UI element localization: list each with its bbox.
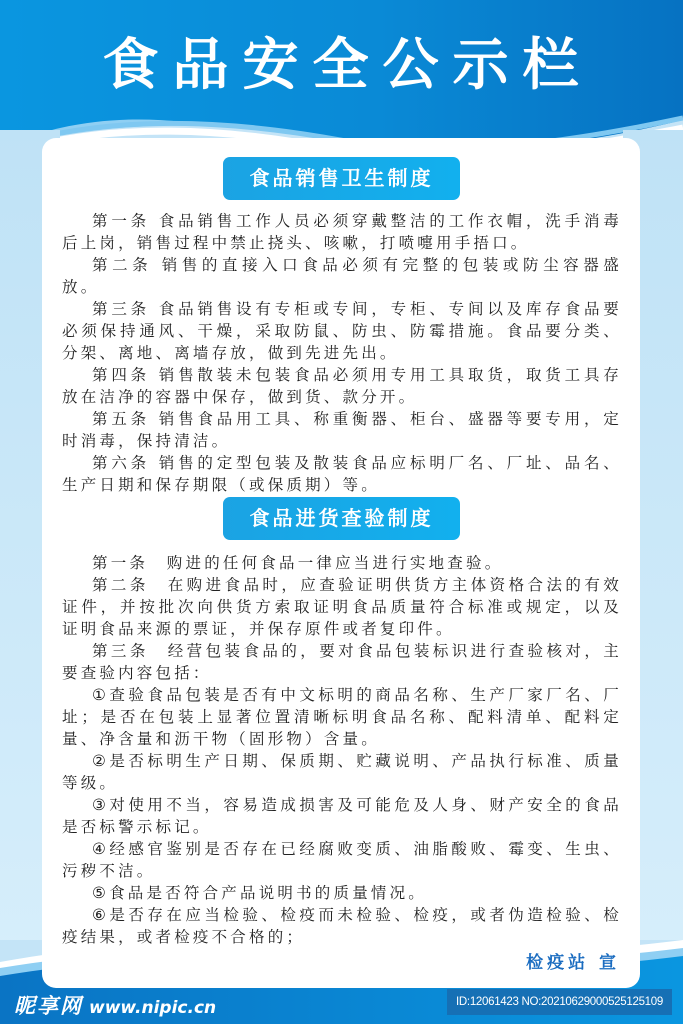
article-paragraph: ④经感官鉴别是否存在已经腐败变质、油脂酸败、霉变、生虫、污秽不洁。: [62, 838, 622, 882]
article-paragraph: 第二条 在购进食品时，应查验证明供货方主体资格合法的有效证件，并按批次向供货方索…: [62, 574, 622, 640]
article-paragraph: ⑥是否存在应当检验、检疫而未检验、检疫，或者伪造检验、检疫结果，或者检疫不合格的…: [62, 904, 622, 948]
signature: 检疫站 宣: [526, 948, 620, 973]
article-paragraph: 第一条 购进的任何食品一律应当进行实地查验。: [62, 552, 622, 574]
article-paragraph: ②是否标明生产日期、保质期、贮藏说明、产品执行标准、质量等级。: [62, 750, 622, 794]
article-paragraph: 第五条 销售食品用工具、称重衡器、柜台、盛器等要专用，定时消毒，保持清洁。: [62, 408, 622, 452]
page-title: 食品安全公示栏: [0, 30, 683, 102]
watermark-brand: 昵享网: [14, 994, 83, 1018]
watermark-url: www.nipic.cn: [89, 998, 216, 1018]
article-paragraph: 第六条 销售的定型包装及散装食品应标明厂名、厂址、品名、生产日期和保存期限（或保…: [62, 452, 622, 496]
article-paragraph: ⑤食品是否符合产品说明书的质量情况。: [62, 882, 622, 904]
purchase-inspection-section: 第一条 购进的任何食品一律应当进行实地查验。 第二条 在购进食品时，应查验证明供…: [62, 552, 622, 948]
article-paragraph: 第三条 食品销售设有专柜或专间，专柜、专间以及库存食品要必须保持通风、干燥，采取…: [62, 298, 622, 364]
article-paragraph: 第三条 经营包装食品的，要对食品包装标识进行查验核对，主要查验内容包括：: [62, 640, 622, 684]
watermark-logo: 昵享网www.nipic.cn: [14, 990, 216, 1020]
content-card: 食品销售卫生制度 第一条 食品销售工作人员必须穿戴整洁的工作衣帽，洗手消毒后上岗…: [42, 138, 640, 988]
section-heading-purchase-inspection: 食品进货查验制度: [223, 497, 460, 540]
top-banner: 食品安全公示栏: [0, 0, 683, 160]
article-paragraph: 第四条 销售散装未包装食品必须用专用工具取货，取货工具存放在洁净的容器中保存，做…: [62, 364, 622, 408]
article-paragraph: ③对使用不当，容易造成损害及可能危及人身、财产安全的食品是否标警示标记。: [62, 794, 622, 838]
sales-hygiene-section: 第一条 食品销售工作人员必须穿戴整洁的工作衣帽，洗手消毒后上岗，销售过程中禁止挠…: [62, 210, 622, 496]
article-paragraph: 第一条 食品销售工作人员必须穿戴整洁的工作衣帽，洗手消毒后上岗，销售过程中禁止挠…: [62, 210, 622, 254]
article-paragraph: ①查验食品包装是否有中文标明的商品名称、生产厂家厂名、厂址；是否在包装上显著位置…: [62, 684, 622, 750]
section-heading-sales-hygiene: 食品销售卫生制度: [223, 157, 460, 200]
article-paragraph: 第二条 销售的直接入口食品必须有完整的包装或防尘容器盛放。: [62, 254, 622, 298]
watermark-id: ID:12061423 NO:20210629000525125109: [447, 989, 672, 1015]
